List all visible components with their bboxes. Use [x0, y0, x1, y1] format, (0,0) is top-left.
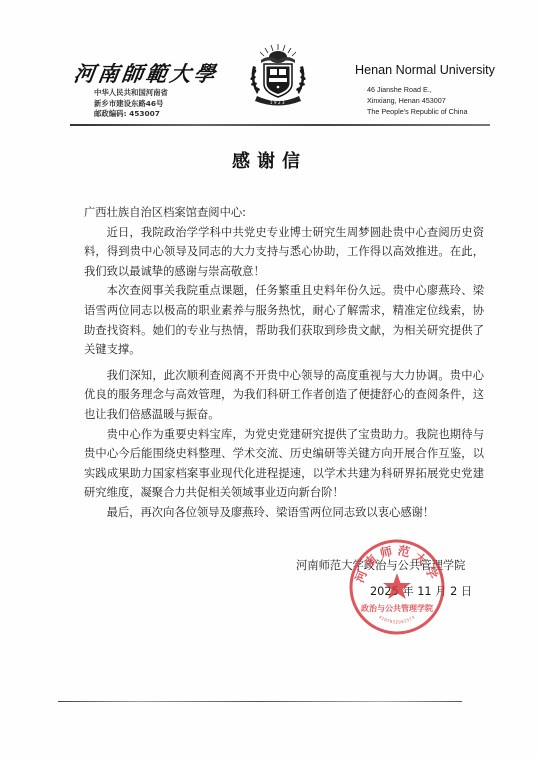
paragraph: 我们深知，此次顺利查阅离不开贵中心领导的高度重视与大力协调。贵中心优良的服务理念… — [84, 366, 484, 425]
svg-text:1923: 1923 — [270, 100, 286, 105]
salutation: 广西壮族自治区档案馆查阅中心: — [84, 203, 484, 223]
address-cn-line: 新乡市建设东路46号 — [94, 99, 168, 110]
address-cn-line: 邮政编码: 453007 — [94, 109, 168, 120]
letter-title: 感谢信 — [0, 147, 539, 173]
address-en: 46 Jianshe Road E., Xinxiang, Henan 4530… — [367, 84, 467, 117]
university-name-en: Henan Normal University — [355, 63, 495, 77]
paragraph: 近日，我院政治学学科中共党史专业博士研究生周梦圆赴贵中心查阅历史资料，得到贵中心… — [84, 223, 484, 282]
address-en-line: The People's Republic of China — [367, 106, 467, 117]
university-emblem-icon: 1923 — [243, 40, 313, 110]
svg-text:政治与公共管理学院: 政治与公共管理学院 — [361, 603, 434, 613]
address-cn-line: 中华人民共和国河南省 — [94, 88, 168, 99]
paragraph: 本次查阅事关我院重点课题，任务繁重且史料年份久远。贵中心廖燕玲、梁语雪两位同志以… — [84, 281, 484, 359]
address-en-line: 46 Jianshe Road E., — [367, 84, 467, 95]
paragraph: 最后，再次向各位领导及廖燕玲、梁语雪两位同志致以衷心感谢！ — [84, 503, 484, 523]
address-en-line: Xinxiang, Henan 453007 — [367, 95, 467, 106]
signature-organization: 河南师范大学政治与公共管理学院 — [296, 557, 465, 573]
university-name-cn: 河南師範大學 — [72, 58, 220, 88]
signature-date: 2025 年 11 月 2 日 — [370, 583, 472, 599]
letter-body: 广西壮族自治区档案馆查阅中心: 近日，我院政治学学科中共党史专业博士研究生周梦圆… — [84, 203, 484, 523]
paragraph: 贵中心作为重要史料宝库，为党史党建研究提供了宝贵助力。我院也期待与贵中心今后能围… — [84, 425, 484, 503]
letter-page: 河南師範大學 中华人民共和国河南省 新乡市建设东路46号 邮政编码: 45300… — [0, 0, 539, 757]
letterhead-divider — [70, 124, 490, 126]
address-cn: 中华人民共和国河南省 新乡市建设东路46号 邮政编码: 453007 — [94, 88, 168, 120]
svg-text:4107032992574: 4107032992574 — [378, 614, 416, 624]
footer-divider — [58, 701, 462, 702]
